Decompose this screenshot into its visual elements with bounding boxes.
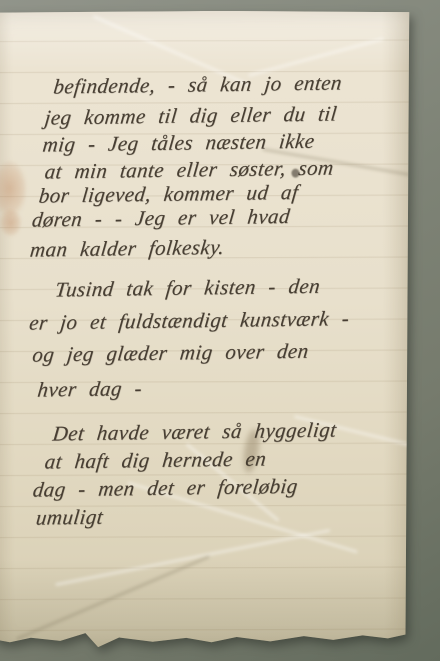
handwriting-line: er jo et fuldstændigt kunstværk -	[28, 306, 351, 335]
handwriting-line: døren - - Jeg er vel hvad	[31, 204, 292, 233]
handwriting-line: Tusind tak for kisten - den	[54, 274, 322, 303]
crease	[16, 555, 210, 640]
handwriting-line: at haft dig hernede en	[44, 446, 268, 474]
handwriting-line: umuligt	[35, 505, 105, 531]
handwriting-line: og jeg glæder mig over den	[31, 339, 310, 368]
handwriting-line: man kalder folkesky.	[29, 235, 226, 263]
handwriting-line: jeg komme til dig eller du til	[43, 101, 338, 130]
crease	[55, 529, 330, 586]
photograph-of-letter: { "scene": { "mount_color": "#767b6d", "…	[0, 0, 440, 661]
handwriting-line: mig - Jeg tåles næsten ikke	[41, 129, 316, 158]
handwriting-line: befindende, - så kan jo enten	[52, 70, 343, 99]
letter-photo: befindende, - så kan jo enten jeg komme …	[0, 0, 440, 661]
letter-paper: befindende, - så kan jo enten jeg komme …	[0, 10, 413, 648]
handwriting-line: dag - men det er foreløbig	[32, 474, 300, 503]
stain	[0, 204, 26, 242]
handwriting-line: hver dag -	[36, 376, 143, 402]
handwriting-line: Det havde været så hyggeligt	[51, 418, 337, 447]
